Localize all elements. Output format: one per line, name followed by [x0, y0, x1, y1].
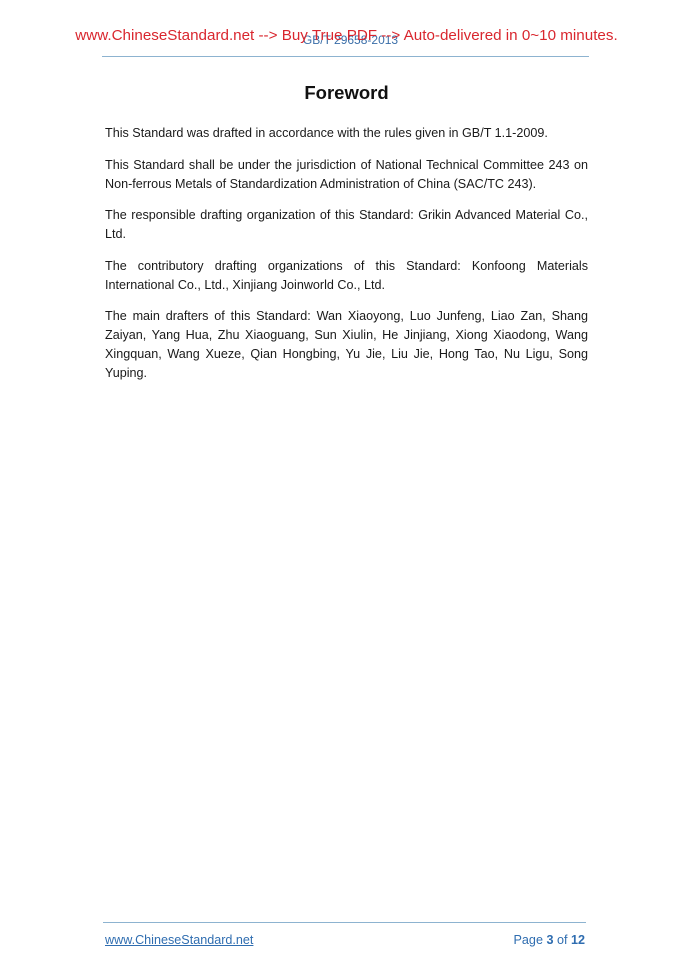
total-page-count: 12: [571, 933, 585, 947]
page-prefix: Page: [514, 933, 547, 947]
page-title: Foreword: [0, 82, 693, 104]
document-page: www.ChineseStandard.net --> Buy True PDF…: [0, 0, 693, 980]
footer-divider: [103, 922, 586, 923]
page-separator: of: [553, 933, 571, 947]
header-divider: [102, 56, 589, 57]
footer-website-link[interactable]: www.ChineseStandard.net: [105, 933, 253, 948]
purchase-banner-link[interactable]: www.ChineseStandard.net --> Buy True PDF…: [0, 27, 693, 45]
paragraph-main-drafters: The main drafters of this Standard: Wan …: [105, 307, 588, 383]
paragraph-responsible-organization: The responsible drafting organization of…: [105, 206, 588, 244]
page-number-indicator: Page 3 of 12: [514, 933, 585, 948]
paragraph-drafting-rules: This Standard was drafted in accordance …: [105, 124, 588, 143]
foreword-body: This Standard was drafted in accordance …: [105, 124, 588, 396]
paragraph-jurisdiction: This Standard shall be under the jurisdi…: [105, 156, 588, 194]
paragraph-contributory-organizations: The contributory drafting organizations …: [105, 257, 588, 295]
